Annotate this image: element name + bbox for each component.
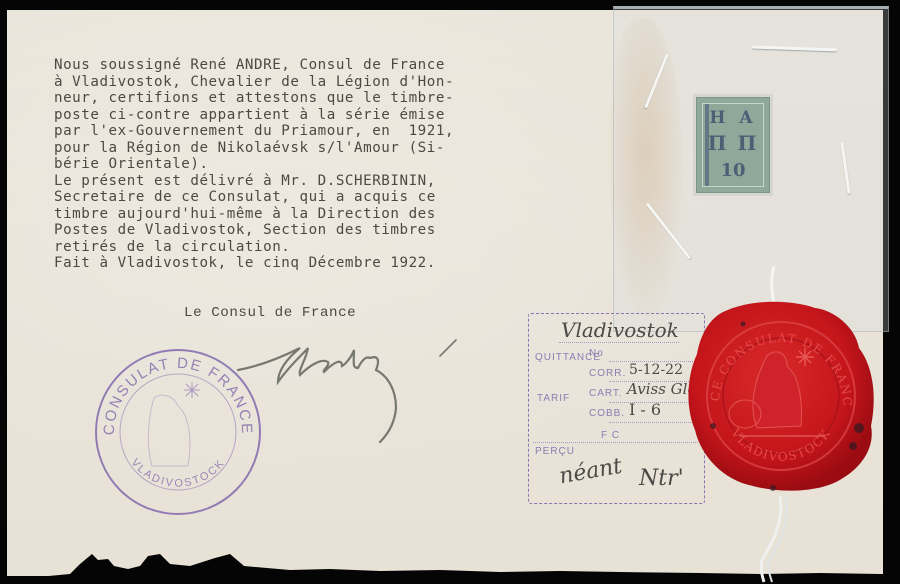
cachet-percu-value: néant [557,454,624,490]
cachet-date: 5-12-22 [629,362,683,378]
closing-line: Le Consul de France [184,305,356,321]
cachet-code: I - 6 [629,400,661,419]
svg-text:VLADIVOSTOCK: VLADIVOSTOCK [128,457,227,490]
consul-signature [230,320,470,450]
overprint-value: 10 [703,160,763,181]
certificate-body: Nous soussigné René ANDRE, Consul de Fra… [54,57,454,272]
red-wax-seal: VICE CONSULAT DE FRANCE VLADIVOSTOCK [683,296,879,494]
overprint-top: H A [703,108,763,128]
postage-stamp: H A П П 10 [696,97,770,193]
postal-receipt-cachet: Vladivostok QUITTANCE No CORR. 5-12-22 T… [528,313,705,504]
svg-text:CONSULAT DE FRANCE: CONSULAT DE FRANCE [101,355,255,436]
cachet-place: Vladivostok [561,318,679,342]
cachet-initials: Ntr' [639,466,684,491]
overprint-middle: П П [703,131,763,155]
consulate-round-stamp: CONSULAT DE FRANCE VLADIVOSTOCK [92,346,264,518]
